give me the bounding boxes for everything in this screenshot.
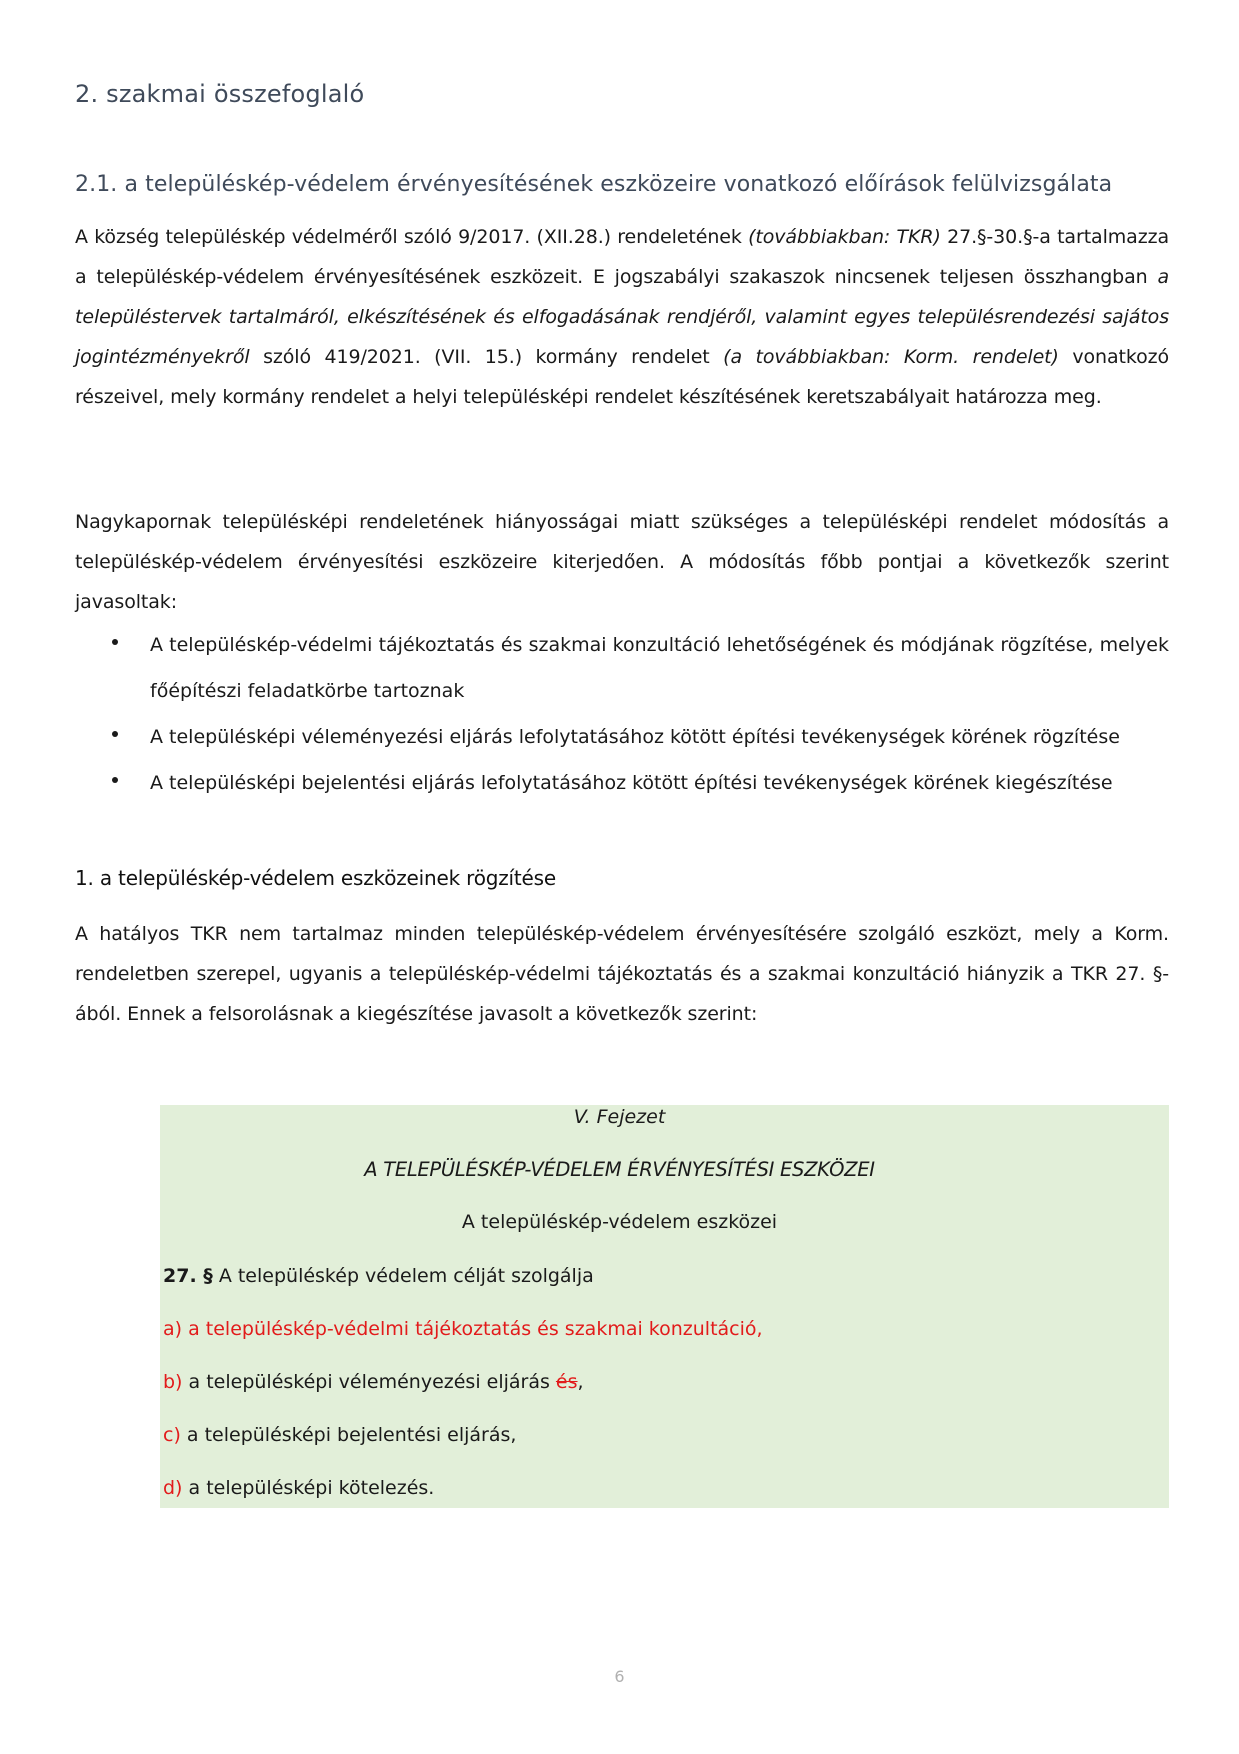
list-item: A településkép-védelmi tájékoztatás és s… xyxy=(75,622,1169,714)
chapter-title: A TELEPÜLÉSKÉP-VÉDELEM ÉRVÉNYESÍTÉSI ESZ… xyxy=(0,1158,1239,1181)
intro-paragraph: A község településkép védelméről szóló 9… xyxy=(75,217,1169,417)
item-label: b) xyxy=(163,1371,182,1393)
section-27: 27. § A településkép védelem célját szol… xyxy=(163,1265,594,1287)
deleted-text: és xyxy=(556,1371,578,1393)
bullet-icon xyxy=(112,639,118,645)
item-d: d) a településképi kötelezés. xyxy=(163,1477,434,1499)
list-item: A településképi véleményezési eljárás le… xyxy=(75,714,1169,760)
paragraph-text: A község településkép védelméről szóló 9… xyxy=(75,226,748,248)
paragraph-text: szóló 419/2021. (VII. 15.) kormány rende… xyxy=(250,346,724,368)
proposal-list: A településkép-védelmi tájékoztatás és s… xyxy=(75,622,1169,806)
list-item-text: A településképi bejelentési eljárás lefo… xyxy=(150,772,1113,794)
proposal-paragraph: Nagykapornak településképi rendeletének … xyxy=(75,502,1169,622)
item-text: a településképi kötelezés. xyxy=(182,1477,434,1499)
item-text: a településképi bejelentési eljárás, xyxy=(181,1424,517,1446)
document-page: 2. szakmai összefoglaló 2.1. a település… xyxy=(0,0,1239,1754)
item-text: a településképi véleményezési eljárás xyxy=(182,1371,555,1393)
item-label: d) xyxy=(163,1477,182,1499)
tkr-paragraph: A hatályos TKR nem tartalmaz minden tele… xyxy=(75,914,1169,1034)
chapter-subtitle: A településkép-védelem eszközei xyxy=(0,1211,1239,1233)
chapter-label: V. Fejezet xyxy=(0,1106,1239,1128)
subsection-heading: 2.1. a településkép-védelem érvényesítés… xyxy=(75,172,1112,197)
paragraph-italic: (a továbbiakban: Korm. rendelet) xyxy=(723,346,1059,368)
item-c: c) a településképi bejelentési eljárás, xyxy=(163,1424,516,1446)
list-item-text: A településképi véleményezési eljárás le… xyxy=(150,726,1120,748)
section-heading: 2. szakmai összefoglaló xyxy=(75,80,364,108)
list-item: A településképi bejelentési eljárás lefo… xyxy=(75,760,1169,806)
item-text: , xyxy=(578,1371,584,1393)
item-b: b) a településképi véleményezési eljárás… xyxy=(163,1371,584,1393)
page-number: 6 xyxy=(0,1667,1239,1686)
bullet-icon xyxy=(112,777,118,783)
list-item-text: A településkép-védelmi tájékoztatás és s… xyxy=(150,634,1169,702)
paragraph-italic: (továbbiakban: TKR) xyxy=(748,226,941,248)
item-label: c) xyxy=(163,1424,181,1446)
section-number: 27. § xyxy=(163,1265,213,1287)
bullet-icon xyxy=(112,731,118,737)
section-text: A településkép védelem célját szolgálja xyxy=(213,1265,594,1287)
item-a: a) a településkép-védelmi tájékoztatás é… xyxy=(163,1318,763,1340)
numbered-heading: 1. a településkép-védelem eszközeinek rö… xyxy=(75,866,556,890)
